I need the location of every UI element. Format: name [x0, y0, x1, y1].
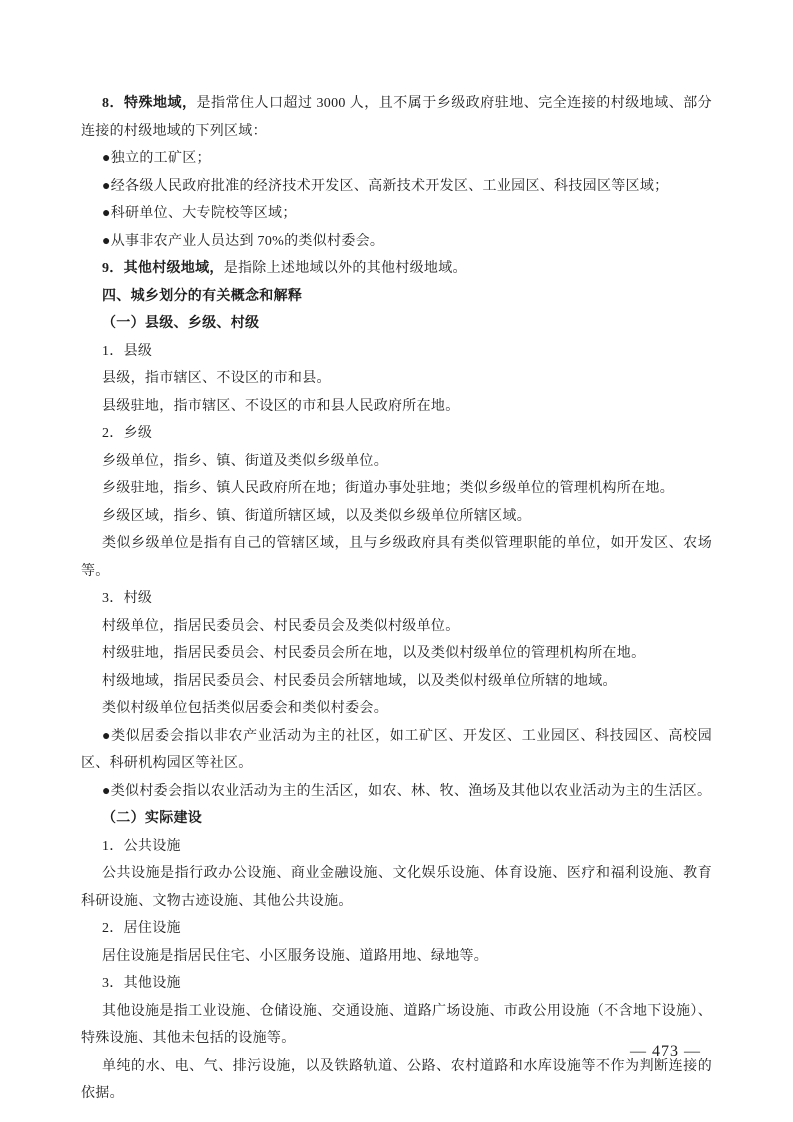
item-3-other-facilities: 3．其他设施: [81, 970, 712, 998]
text: ●科研单位、大专院校等区域；: [102, 206, 297, 221]
para-8-special-area: 8．特殊地域，是指常住人口超过 3000 人，且不属于乡级政府驻地、完全连接的村…: [81, 90, 712, 145]
text: 公共设施是指行政办公设施、商业金融设施、文化娱乐设施、体育设施、医疗和福利设施、…: [81, 866, 712, 909]
heading-section-4-concepts: 四、城乡划分的有关概念和解释: [81, 283, 712, 311]
text: 类似村级单位包括类似居委会和类似村委会。: [102, 701, 388, 716]
text: 其他设施是指工业设施、仓储设施、交通设施、道路广场设施、市政公用设施（不含地下设…: [81, 1004, 712, 1047]
text: ●类似村委会指以农业活动为主的生活区，如农、林、牧、渔场及其他以农业活动为主的生…: [102, 784, 711, 799]
text: ●类似居委会指以非农产业活动为主的社区，如工矿区、开发区、工业园区、科技园区、高…: [81, 729, 712, 772]
bold-text: （一）县级、乡级、村级: [102, 316, 259, 331]
bullet-nonagricultural-village-committees: ●从事非农产业人员达到 70%的类似村委会。: [81, 228, 712, 256]
bullet-independent-mining-area: ●独立的工矿区；: [81, 145, 712, 173]
text: 乡级单位，指乡、镇、街道及类似乡级单位。: [102, 454, 388, 469]
text: ●独立的工矿区；: [102, 151, 211, 166]
bullet-similar-residents-committee: ●类似居委会指以非农产业活动为主的社区，如工矿区、开发区、工业园区、科技园区、高…: [81, 723, 712, 778]
text: 2．居住设施: [102, 921, 181, 936]
text: 2．乡级: [102, 426, 152, 441]
heading-subsection-2-actual-construction: （二）实际建设: [81, 805, 712, 833]
page-number: — 473 —: [630, 1043, 701, 1060]
para-similar-village-unit: 类似村级单位包括类似居委会和类似村委会。: [81, 695, 712, 723]
para-similar-township-unit: 类似乡级单位是指有自己的管辖区域，且与乡级政府具有类似管理职能的单位，如开发区、…: [81, 530, 712, 585]
text: 村级驻地，指居民委员会、村民委员会所在地，以及类似村级单位的管理机构所在地。: [102, 646, 645, 661]
item-1-public-facilities: 1．公共设施: [81, 833, 712, 861]
para-county-level-definition: 县级，指市辖区、不设区的市和县。: [81, 365, 712, 393]
para-township-unit-definition: 乡级单位，指乡、镇、街道及类似乡级单位。: [81, 448, 712, 476]
item-3-village-level: 3．村级: [81, 585, 712, 613]
bullet-similar-village-committee: ●类似村委会指以农业活动为主的生活区，如农、林、牧、渔场及其他以农业活动为主的生…: [81, 778, 712, 806]
bold-text: （二）实际建设: [102, 811, 202, 826]
text: 3．其他设施: [102, 976, 181, 991]
item-2-residential-facilities: 2．居住设施: [81, 915, 712, 943]
para-village-area-definition: 村级地域，指居民委员会、村民委员会所辖地域，以及类似村级单位所辖的地域。: [81, 668, 712, 696]
text: 是指除上述地域以外的其他村级地域。: [224, 261, 467, 276]
text: 村级单位，指居民委员会、村民委员会及类似村级单位。: [102, 619, 460, 634]
bullet-approved-development-zones: ●经各级人民政府批准的经济技术开发区、高新技术开发区、工业园区、科技园区等区域；: [81, 173, 712, 201]
text: 单纯的水、电、气、排污设施，以及铁路轨道、公路、农村道路和水库设施等不作为判断连…: [81, 1059, 712, 1102]
para-township-seat-definition: 乡级驻地，指乡、镇人民政府所在地；街道办事处驻地；类似乡级单位的管理机构所在地。: [81, 475, 712, 503]
para-residential-facilities-definition: 居住设施是指居民住宅、小区服务设施、道路用地、绿地等。: [81, 943, 712, 971]
document-page: 8．特殊地域，是指常住人口超过 3000 人，且不属于乡级政府驻地、完全连接的村…: [0, 0, 793, 1122]
document-body: 8．特殊地域，是指常住人口超过 3000 人，且不属于乡级政府驻地、完全连接的村…: [81, 90, 712, 1108]
heading-subsection-1-levels: （一）县级、乡级、村级: [81, 310, 712, 338]
para-9-other-village-areas: 9．其他村级地域，是指除上述地域以外的其他村级地域。: [81, 255, 712, 283]
para-township-area-definition: 乡级区域，指乡、镇、街道所辖区域，以及类似乡级单位所辖区域。: [81, 503, 712, 531]
bold-text: 8．特殊地域，: [102, 96, 197, 111]
text: ●从事非农产业人员达到 70%的类似村委会。: [102, 234, 384, 249]
text: 县级驻地，指市辖区、不设区的市和县人民政府所在地。: [102, 399, 460, 414]
para-simple-utilities-note: 单纯的水、电、气、排污设施，以及铁路轨道、公路、农村道路和水库设施等不作为判断连…: [81, 1053, 712, 1108]
para-public-facilities-definition: 公共设施是指行政办公设施、商业金融设施、文化娱乐设施、体育设施、医疗和福利设施、…: [81, 860, 712, 915]
item-1-county-level: 1．县级: [81, 338, 712, 366]
para-county-seat-definition: 县级驻地，指市辖区、不设区的市和县人民政府所在地。: [81, 393, 712, 421]
bullet-research-institutes-colleges: ●科研单位、大专院校等区域；: [81, 200, 712, 228]
bold-text: 9．其他村级地域，: [102, 261, 224, 276]
text: 类似乡级单位是指有自己的管辖区域，且与乡级政府具有类似管理职能的单位，如开发区、…: [81, 536, 712, 579]
para-other-facilities-definition: 其他设施是指工业设施、仓储设施、交通设施、道路广场设施、市政公用设施（不含地下设…: [81, 998, 712, 1053]
text: 乡级区域，指乡、镇、街道所辖区域，以及类似乡级单位所辖区域。: [102, 509, 531, 524]
text: 乡级驻地，指乡、镇人民政府所在地；街道办事处驻地；类似乡级单位的管理机构所在地。: [102, 481, 674, 496]
bold-text: 四、城乡划分的有关概念和解释: [102, 289, 302, 304]
text: 1．县级: [102, 344, 152, 359]
item-2-township-level: 2．乡级: [81, 420, 712, 448]
text: 村级地域，指居民委员会、村民委员会所辖地域，以及类似村级单位所辖的地域。: [102, 674, 617, 689]
text: 1．公共设施: [102, 839, 181, 854]
para-village-seat-definition: 村级驻地，指居民委员会、村民委员会所在地，以及类似村级单位的管理机构所在地。: [81, 640, 712, 668]
text: 居住设施是指居民住宅、小区服务设施、道路用地、绿地等。: [102, 949, 488, 964]
para-village-unit-definition: 村级单位，指居民委员会、村民委员会及类似村级单位。: [81, 613, 712, 641]
text: 县级，指市辖区、不设区的市和县。: [102, 371, 331, 386]
text: 3．村级: [102, 591, 152, 606]
text: ●经各级人民政府批准的经济技术开发区、高新技术开发区、工业园区、科技园区等区域；: [102, 179, 668, 194]
page-footer: — 473 —: [630, 1040, 701, 1064]
